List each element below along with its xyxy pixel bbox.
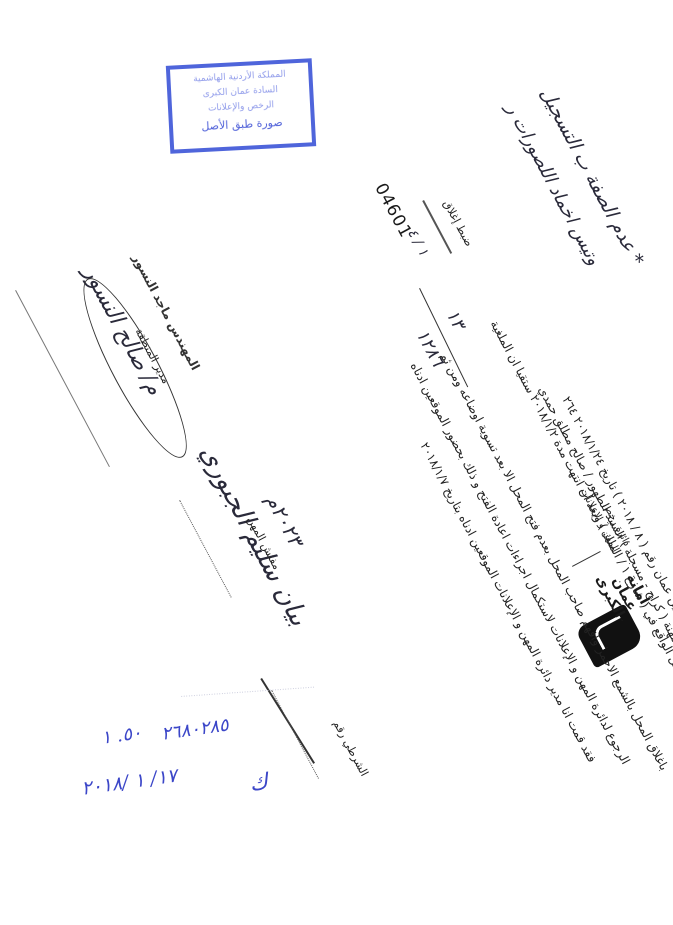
- letterhead-divider: [572, 551, 601, 567]
- closure-ref-top: ١: [414, 245, 432, 259]
- bleed-through-text: ........................................…: [180, 681, 315, 699]
- body-line-3: في المحل الواقع في ( شارع ١ / الملك ) وب…: [488, 318, 673, 704]
- blue-amount: ٥٠. ١: [100, 722, 143, 748]
- body-line-6: الرجوع لدائرة المهن و الإعلانات لاستكمال…: [408, 360, 633, 767]
- serial-number: 04601: [370, 180, 415, 242]
- scanned-document: المملكة الأردنية الهاشمية السادة عمان ال…: [0, 0, 673, 925]
- blue-date: ١٧/ ١ /٢٠١٨: [80, 765, 178, 800]
- inspector-signature-line: [179, 500, 232, 598]
- police-signature-line: [271, 690, 319, 779]
- file-fraction-top: ١٣: [441, 306, 469, 333]
- blue-initials: ك: [248, 769, 269, 796]
- police-label: الشرطي رقم: [331, 718, 371, 779]
- blue-receipt-number: ٢٦٨٠٢٨٥: [160, 715, 230, 745]
- official-stamp: المملكة الأردنية الهاشمية السادة عمان ال…: [166, 58, 316, 154]
- manager-signature-oval: [67, 268, 202, 468]
